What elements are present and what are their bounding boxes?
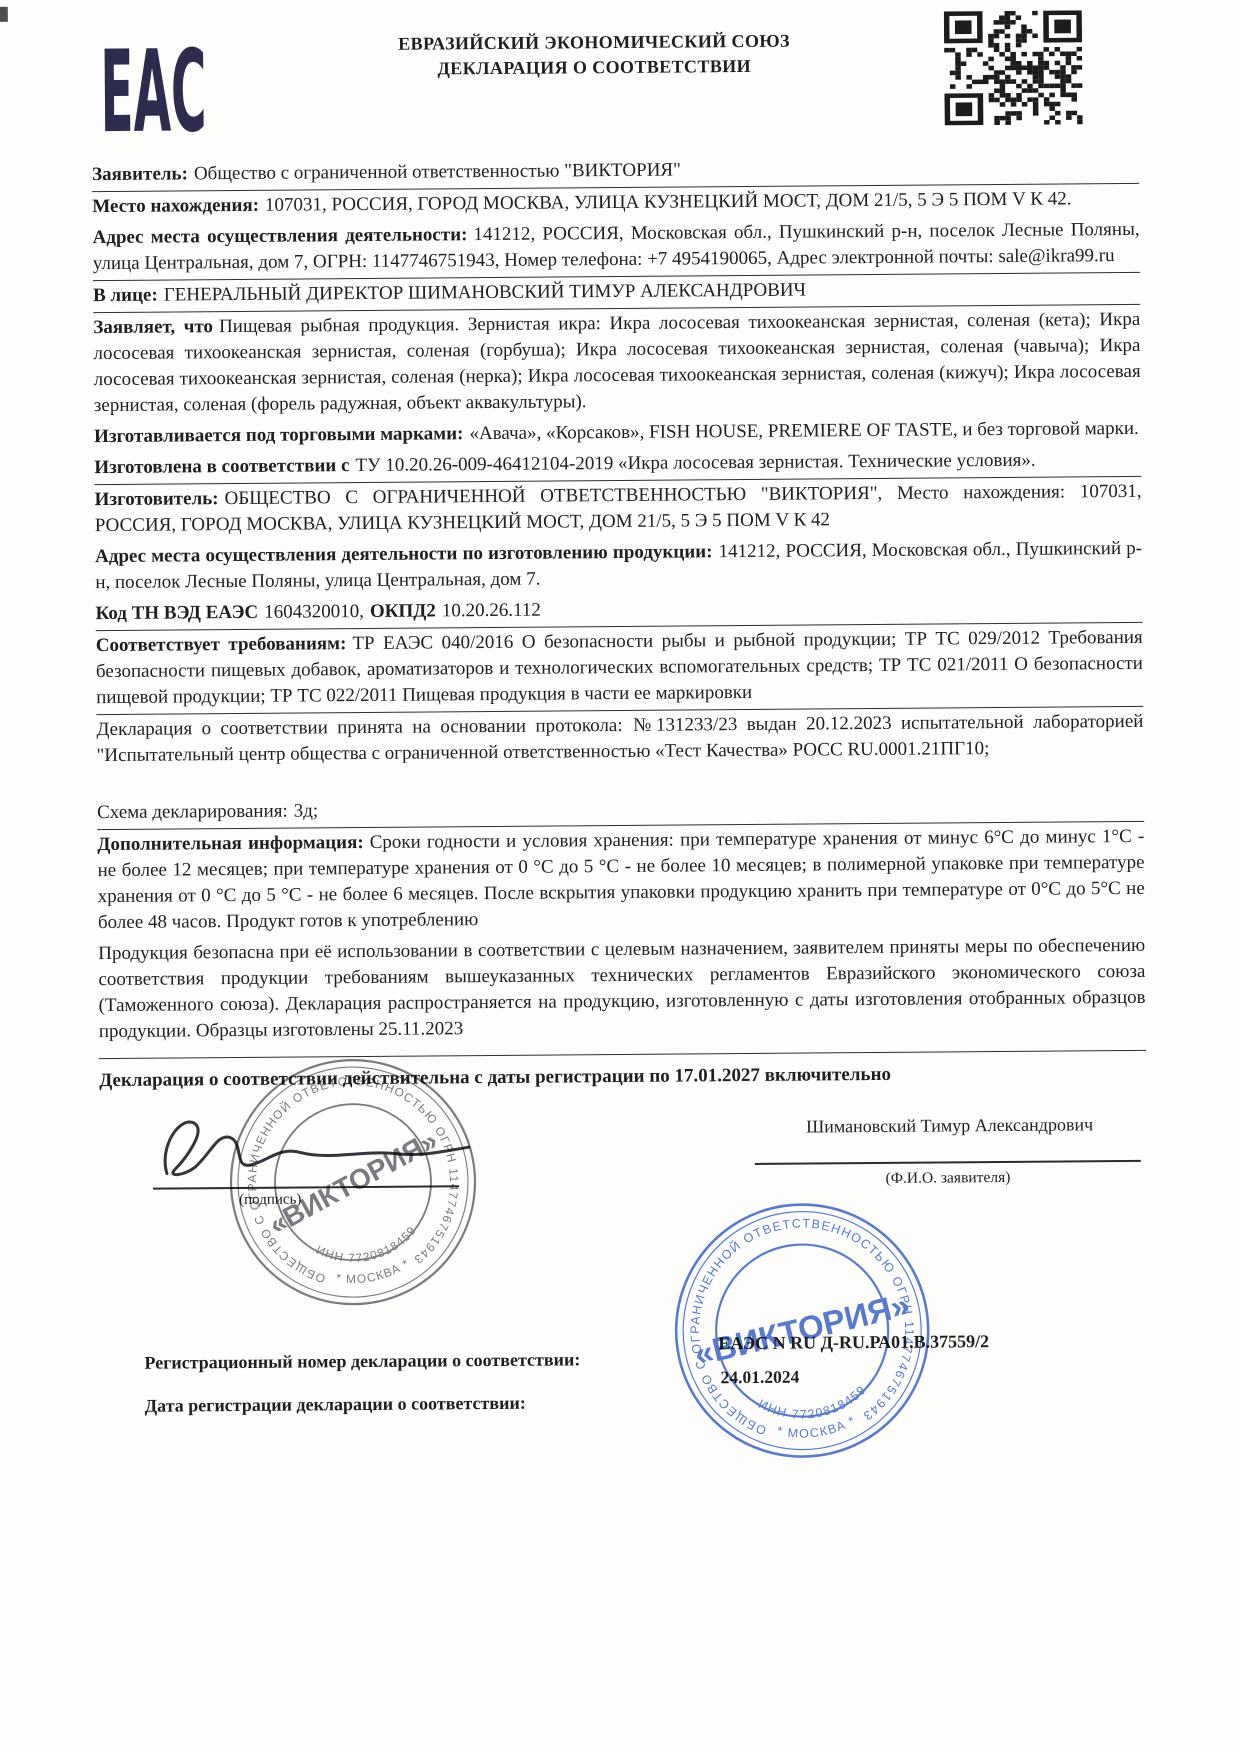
field-value: Общество с ограниченной ответственностью… [194, 160, 681, 185]
field-label: Код ТН ВЭД ЕАЭС [95, 602, 258, 624]
field-value: 107031, РОССИЯ, ГОРОД МОСКВА, УЛИЦА КУЗН… [265, 188, 1072, 215]
applicant-name-caption: (Ф.И.О. заявителя) [755, 1168, 1141, 1189]
document-body: Заявитель:Общество с ограниченной ответс… [92, 152, 1146, 1097]
field-label: Заявитель: [92, 163, 188, 185]
field-value: 1604320010, [264, 601, 364, 623]
company-stamp-blue: ОБЩЕСТВО С ОГРАНИЧЕННОЙ ОТВЕТСТВЕННОСТЬЮ… [652, 1181, 952, 1481]
field-label: Адрес места осуществления деятельности: [92, 224, 467, 248]
field-additional-info: Дополнительная информация:Сроки годности… [97, 821, 1145, 939]
field-value: ГЕНЕРАЛЬНЫЙ ДИРЕКТОР ШИМАНОВСКИЙ ТИМУР А… [164, 280, 806, 306]
field-label: Адрес места осуществления деятельности п… [95, 541, 713, 567]
field-label: Заявляет, что [93, 316, 213, 338]
applicant-name: Шимановский Тимур Александрович [754, 1114, 1144, 1138]
field-value: 10.20.26.112 [442, 600, 541, 622]
field-label: Декларация о соответствии принята на осн… [96, 715, 622, 740]
field-value: 3д; [294, 800, 319, 821]
registration-date-label: Дата регистрации декларации о соответств… [145, 1393, 526, 1417]
field-label: Дополнительная информация: [97, 832, 364, 855]
field-manufacturer: Изготовитель:ОБЩЕСТВО С ОГРАНИЧЕННОЙ ОТВ… [95, 476, 1142, 542]
company-stamp-gray: ОБЩЕСТВО С ОГРАНИЧЕННОЙ ОТВЕТСТВЕННОСТЬЮ… [200, 1030, 505, 1335]
applicant-name-line [755, 1160, 1141, 1165]
field-label: Место нахождения: [92, 195, 259, 217]
stamp-center-text: «ВИКТОРИЯ» [691, 1286, 913, 1373]
field-label: В лице: [93, 285, 158, 307]
eac-logo-text: ЕАС [100, 39, 207, 158]
field-label: Схема декларирования: [97, 801, 288, 823]
field-value: Продукция безопасна при её использовании… [98, 935, 1146, 1042]
field-value: Пищевая рыбная продукция. Зернистая икра… [93, 309, 1140, 416]
document-title: ЕВРАЗИЙСКИЙ ЭКОНОМИЧЕСКИЙ СОЮЗ ДЕКЛАРАЦИ… [294, 28, 894, 83]
declaration-page: ЕАС ЕВРАЗИЙСКИЙ ЭКОНОМИЧЕСКИЙ СОЮЗ ДЕКЛА… [0, 0, 1240, 1754]
field-label: Изготовитель: [95, 488, 219, 510]
scanned-sheet: ЕАС ЕВРАЗИЙСКИЙ ЭКОНОМИЧЕСКИЙ СОЮЗ ДЕКЛА… [0, 0, 1240, 1754]
stamp-center-text: «ВИКТОРИЯ» [264, 1125, 443, 1241]
field-basis: Декларация о соответствии принята на осн… [96, 706, 1144, 798]
field-safety-statement: Продукция безопасна при её использовании… [98, 931, 1146, 1048]
field-label: Соответствует требованиям: [96, 633, 347, 656]
qr-code-icon [944, 10, 1083, 125]
field-activity-address: Адрес места осуществления деятельности:1… [92, 215, 1139, 280]
field-declares: Заявляет, чтоПищевая рыбная продукция. З… [93, 304, 1141, 422]
field-complies: Соответствует требованиям:ТР ЕАЭС 040/20… [96, 622, 1144, 714]
field-production-address: Адрес места осуществления деятельности п… [95, 534, 1142, 599]
title-line-declaration: ДЕКЛАРАЦИЯ О СООТВЕТСТВИИ [294, 53, 894, 83]
eac-logo: ЕАС [98, 39, 211, 164]
field-label: ОКПД2 [370, 600, 436, 622]
scan-artifact [0, 7, 8, 22]
registration-number-label: Регистрационный номер декларации о соотв… [144, 1349, 580, 1373]
field-label: Изготавливается под торговыми марками: [94, 423, 463, 447]
field-value: «Авача», «Корсаков», FISH HOUSE, PREMIER… [469, 418, 1138, 444]
field-label: Изготовлена в соответствии с [94, 455, 349, 478]
field-value: ОБЩЕСТВО С ОГРАНИЧЕННОЙ ОТВЕТСТВЕННОСТЬЮ… [95, 481, 1142, 536]
field-value: ТУ 10.20.26-009-46412104-2019 «Икра лосо… [355, 450, 1035, 476]
